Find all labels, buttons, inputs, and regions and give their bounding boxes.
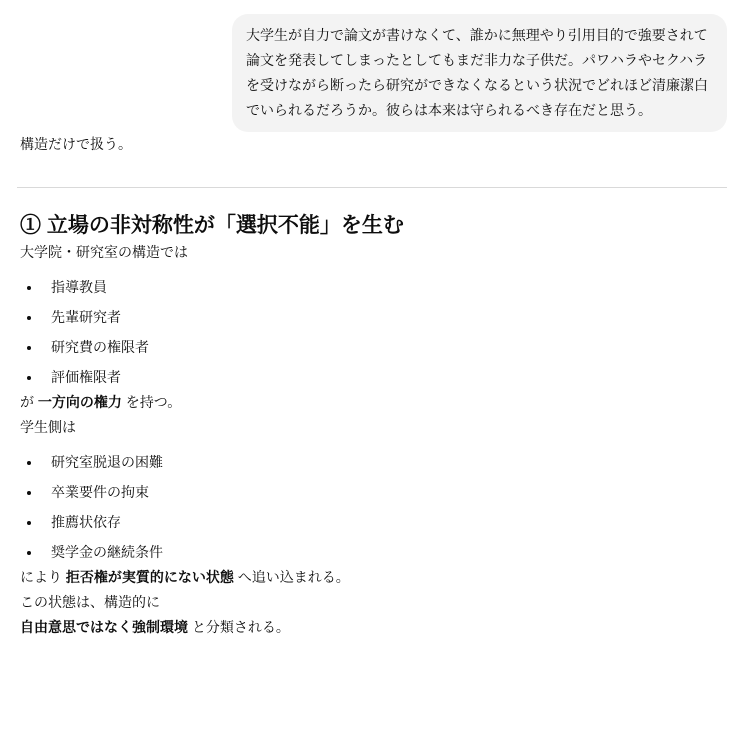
section-divider — [17, 187, 727, 188]
no-veto-prefix: により — [20, 569, 66, 585]
student-side-label: 学生側は — [20, 419, 76, 435]
classification-suffix: と分類される。 — [188, 619, 290, 635]
classification-bold: 自由意思ではなく強制環境 — [20, 619, 188, 635]
student-constraints-list: 研究室脱退の困難 卒業要件の拘束 推薦状依存 奨学金の継続条件 — [20, 450, 727, 565]
structure-intro-paragraph: 大学院・研究室の構造では — [20, 240, 727, 265]
user-message-bubble: 大学生が自力で論文が書けなくて、誰かに無理やり引用目的で強要されて論文を発表して… — [232, 14, 727, 132]
chat-conversation-page: 大学生が自力で論文が書けなくて、誰かに無理やり引用目的で強要されて論文を発表して… — [0, 0, 735, 735]
user-message-row: 大学生が自力で論文が書けなくて、誰かに無理やり引用目的で強要されて論文を発表して… — [20, 14, 727, 132]
power-holders-list-item: 研究費の権限者 — [42, 335, 727, 360]
one-way-power-prefix: が — [20, 394, 38, 410]
section-heading: ① 立場の非対称性が「選択不能」を生む — [20, 212, 727, 240]
student-constraints-list-item: 研究室脱退の困難 — [42, 450, 727, 475]
classification-paragraph: この状態は、構造的に自由意思ではなく強制環境 と分類される。 — [20, 590, 727, 640]
student-constraints-list-item: 奨学金の継続条件 — [42, 540, 727, 565]
student-constraints-list-item: 卒業要件の拘束 — [42, 480, 727, 505]
power-holders-list: 指導教員 先輩研究者 研究費の権限者 評価権限者 — [20, 275, 727, 390]
assistant-message: 構造だけで扱う。 ① 立場の非対称性が「選択不能」を生む 大学院・研究室の構造で… — [20, 132, 727, 640]
no-veto-suffix: へ追い込まれる。 — [234, 569, 350, 585]
classification-line1: この状態は、構造的に — [20, 594, 160, 610]
one-way-power-suffix: を持つ。 — [122, 394, 181, 410]
power-holders-list-item: 先輩研究者 — [42, 305, 727, 330]
power-holders-list-item: 指導教員 — [42, 275, 727, 300]
one-way-power-paragraph: が 一方向の権力 を持つ。学生側は — [20, 390, 727, 440]
one-way-power-bold: 一方向の権力 — [38, 394, 122, 410]
no-veto-paragraph: により 拒否権が実質的にない状態 へ追い込まれる。 — [20, 565, 727, 590]
assistant-intro-paragraph: 構造だけで扱う。 — [20, 132, 727, 157]
no-veto-bold: 拒否権が実質的にない状態 — [66, 569, 234, 585]
student-constraints-list-item: 推薦状依存 — [42, 510, 727, 535]
power-holders-list-item: 評価権限者 — [42, 365, 727, 390]
